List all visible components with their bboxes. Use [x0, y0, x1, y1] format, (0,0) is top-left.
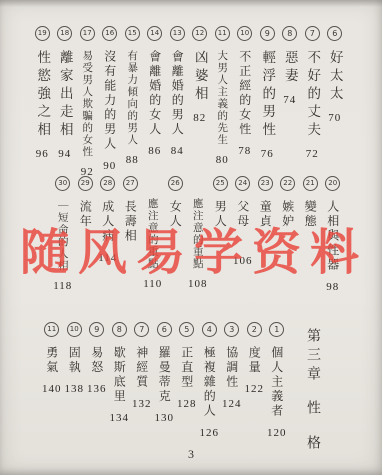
entry-number-badge: 9: [89, 322, 104, 337]
entry-page-number: 136: [87, 383, 107, 395]
entry-page-number: 98: [326, 281, 339, 293]
entry-number-badge: 20: [325, 176, 340, 191]
toc-entry-column: 16沒有能力的男人90: [99, 26, 122, 172]
entry-title: 歇斯底里: [108, 346, 130, 404]
entry-title: 有暴力傾向的男人: [121, 50, 143, 146]
toc-entry: 24父母106: [232, 176, 255, 267]
entry-number-badge: 26: [168, 176, 183, 191]
entry-title: 勇氣: [41, 346, 63, 375]
toc-entry-column: 22嫉妒: [277, 176, 300, 229]
chapter-title: 第三章: [301, 328, 325, 385]
toc-entry-column: 25男人: [209, 176, 232, 290]
toc-entry: 30｜短命的人相118: [52, 176, 75, 292]
entry-title: 大男人主義的先生: [211, 50, 233, 146]
toc-entry: 11勇氣140: [41, 322, 64, 395]
toc-entry: 20人相與性器98: [322, 176, 345, 293]
toc-entry-column: 27長壽相: [119, 176, 142, 244]
toc-entry: 27長壽相: [119, 176, 142, 244]
toc-entry: 18離家出走相94: [54, 26, 77, 160]
entry-page-number: 118: [53, 280, 72, 292]
toc-entry: 9易怒136: [86, 322, 109, 395]
entry-number-badge: 6: [327, 26, 342, 41]
entry-page-number: 128: [177, 398, 197, 410]
entry-number-badge: 22: [280, 176, 295, 191]
entry-page-number: 130: [155, 412, 175, 424]
entry-number-badge: 9: [260, 26, 275, 41]
toc-entry: 14會離婚的女人86: [144, 26, 167, 157]
entry-page-number: 140: [42, 383, 62, 395]
entry-title: 不好的丈夫: [301, 50, 323, 140]
toc-entry: 28成人病114: [97, 176, 120, 264]
toc-entry: 23童貞: [254, 176, 277, 229]
entry-title: 易受男人欺騙的女性: [76, 50, 98, 158]
toc-entry-column: 14會離婚的女人86: [144, 26, 167, 157]
entry-title: 人相與性器: [322, 200, 344, 273]
entry-page-number: 90: [103, 160, 116, 172]
toc-entry-column: 30｜短命的人相118: [52, 176, 75, 292]
toc-entry: 19性慾強之相96: [31, 26, 54, 160]
toc-entry: 26女人應注意的重點110: [142, 176, 187, 290]
entry-number-badge: 8: [112, 322, 127, 337]
toc-entry-continuation: 應注意的重點108: [187, 176, 210, 290]
entry-title: 會離婚的女人: [144, 50, 166, 137]
entry-number-badge: 27: [123, 176, 138, 191]
scanned-book-page: 6好太太707不好的丈夫728惡妻749輕浮的男性7610不正經的女性7811大…: [0, 0, 382, 475]
entry-page-number: 120: [267, 427, 287, 439]
entry-number-badge: 16: [102, 26, 117, 41]
entry-page-number: 74: [283, 94, 296, 106]
entry-number-badge: 15: [125, 26, 140, 41]
entry-title: 輕浮的男性: [256, 50, 278, 140]
toc-entry-column: 17易受男人欺騙的女性92: [76, 26, 99, 178]
entry-number-badge: 25: [213, 176, 228, 191]
toc-entry-column: 29流年: [74, 176, 97, 229]
entry-title: 固執: [63, 346, 85, 375]
entry-page-number: 138: [65, 383, 85, 395]
entry-title: 嫉妒: [277, 200, 299, 229]
toc-entry: 29流年: [74, 176, 97, 229]
entry-title: 惡妻: [279, 50, 301, 86]
entry-page-number: 122: [245, 383, 265, 395]
entry-title: 性慾強之相: [31, 50, 53, 140]
entry-title: 不正經的女性: [234, 50, 256, 137]
toc-entry-column: 18離家出走相94: [54, 26, 77, 160]
entry-title: 成人病: [97, 200, 119, 244]
entry-title: 凶婆相: [189, 50, 211, 104]
toc-entry-column: 12凶婆相82: [189, 26, 212, 124]
entry-title: 正直型: [176, 346, 198, 390]
entry-number-badge: 10: [67, 322, 82, 337]
entry-title: 易怒: [86, 346, 108, 375]
entry-number-badge: 28: [100, 176, 115, 191]
entry-page-number: 110: [143, 278, 162, 290]
entry-title: 羅曼蒂克: [153, 346, 175, 404]
entry-number-badge: 14: [147, 26, 162, 41]
toc-entry-column: 3協調性124: [221, 322, 244, 410]
entry-page-number: 76: [261, 148, 274, 160]
entry-title: 神經質: [131, 346, 153, 390]
entry-page-number: 82: [193, 112, 206, 124]
toc-entry: 22嫉妒: [277, 176, 300, 229]
badge-spacer: [146, 176, 159, 189]
entry-number-badge: 2: [247, 322, 262, 337]
entry-title: 沒有能力的男人: [99, 50, 121, 152]
entry-title: 長壽相: [119, 200, 141, 244]
toc-entry: 10不正經的女性78: [234, 26, 257, 157]
entry-title: 應注意的重點: [187, 198, 209, 270]
entry-number-badge: 11: [215, 26, 230, 41]
toc-entry-column: 2度量122: [243, 322, 266, 395]
entry-number-badge: 30: [55, 176, 70, 191]
entry-number-badge: 11: [44, 322, 59, 337]
entry-title: 個人主義者: [266, 346, 288, 419]
toc-entry-column: 11勇氣140: [41, 322, 64, 395]
toc-entry-column: 20人相與性器98: [322, 176, 345, 293]
entry-title: 極複雜的人: [198, 346, 220, 419]
entry-page-number: 124: [222, 398, 242, 410]
toc-entry-continuation: 應注意的重點110: [142, 176, 165, 290]
toc-entry: 1個人主義者120: [266, 322, 289, 439]
toc-entry: 6好太太70: [324, 26, 347, 124]
toc-entry: 3協調性124: [221, 322, 244, 410]
toc-entry-column: 28成人病114: [97, 176, 120, 264]
entry-page-number: 86: [148, 145, 161, 157]
entry-page-number: 72: [306, 148, 319, 160]
page-number: 3: [0, 447, 382, 462]
toc-entry-column: 9易怒136: [86, 322, 109, 395]
toc-entry: 4極複雜的人126: [198, 322, 221, 439]
entry-number-badge: 12: [192, 26, 207, 41]
toc-entry: 13會離婚的男人84: [166, 26, 189, 157]
entry-page-number: 94: [58, 148, 71, 160]
toc-entry-column: 6羅曼蒂克130: [153, 322, 176, 424]
entry-number-badge: 1: [269, 322, 284, 337]
entry-page-number: 114: [98, 252, 117, 264]
entry-title: 協調性: [221, 346, 243, 390]
badge-spacer: [191, 176, 204, 189]
toc-entry: 10固執138: [63, 322, 86, 395]
toc-entry-column: 23童貞: [254, 176, 277, 229]
toc-entry-column: 9輕浮的男性76: [256, 26, 279, 160]
toc-entry: 12凶婆相82: [189, 26, 212, 124]
toc-entry-column: 11大男人主義的先生80: [211, 26, 234, 166]
toc-entry: 25男人應注意的重點108: [187, 176, 232, 290]
entry-page-number: 70: [328, 112, 341, 124]
entry-page-number: 134: [110, 412, 130, 424]
entry-page-number: 96: [36, 148, 49, 160]
toc-entry-column: 8惡妻74: [279, 26, 302, 106]
entry-number-badge: 6: [157, 322, 172, 337]
entry-number-badge: 7: [305, 26, 320, 41]
entry-page-number: 108: [188, 278, 208, 290]
entry-title: 童貞: [254, 200, 276, 229]
toc-entry-column: 8歇斯底里134: [108, 322, 131, 424]
entry-title: 度量: [243, 346, 265, 375]
toc-row-1: 6好太太707不好的丈夫728惡妻749輕浮的男性7610不正經的女性7811大…: [31, 26, 346, 178]
toc-entry-column: 7不好的丈夫72: [301, 26, 324, 160]
entry-number-badge: 7: [134, 322, 149, 337]
entry-page-number: 84: [171, 145, 184, 157]
entry-number-badge: 29: [78, 176, 93, 191]
toc-entry-column: 10固執138: [63, 322, 86, 395]
entry-number-badge: 23: [258, 176, 273, 191]
entry-number-badge: 8: [282, 26, 297, 41]
toc-entry-column: 19性慾強之相96: [31, 26, 54, 160]
entry-title: 女人: [164, 200, 186, 229]
entry-number-badge: 18: [57, 26, 72, 41]
toc-entry-column: 1個人主義者120: [266, 322, 289, 439]
toc-entry: 5正直型128: [176, 322, 199, 410]
toc-entry-column: 26女人: [164, 176, 187, 290]
toc-entry: 7神經質132: [131, 322, 154, 410]
entry-number-badge: 19: [35, 26, 50, 41]
entry-number-badge: 17: [80, 26, 95, 41]
toc-entry: 6羅曼蒂克130: [153, 322, 176, 424]
toc-entry-column: 10不正經的女性78: [234, 26, 257, 157]
entry-title: 父母: [232, 200, 254, 229]
entry-title: 會離婚的男人: [166, 50, 188, 137]
entry-title: 應注意的重點: [142, 198, 164, 270]
entry-page-number: 126: [200, 427, 220, 439]
toc-entry: 15有暴力傾向的男人88: [121, 26, 144, 166]
toc-entry-column: 24父母106: [232, 176, 255, 267]
toc-entry: 17易受男人欺騙的女性92: [76, 26, 99, 178]
entry-title: ｜短命的人相: [52, 200, 74, 272]
toc-entry: 2度量122: [243, 322, 266, 395]
entry-page-number: 106: [233, 255, 253, 267]
toc-entry: 7不好的丈夫72: [301, 26, 324, 160]
entry-title: 離家出走相: [54, 50, 76, 140]
entry-title: 好太太: [324, 50, 346, 104]
entry-number-badge: 10: [237, 26, 252, 41]
entry-number-badge: 24: [235, 176, 250, 191]
entry-page-number: 80: [216, 154, 229, 166]
entry-page-number: 132: [132, 398, 152, 410]
toc-entry: 11大男人主義的先生80: [211, 26, 234, 166]
toc-entry: 9輕浮的男性76: [256, 26, 279, 160]
toc-entry: 8惡妻74: [279, 26, 302, 106]
toc-entry: 8歇斯底里134: [108, 322, 131, 424]
entry-title: 變態: [299, 200, 321, 229]
toc-row-2: 20人相與性器9821變態22嫉妒23童貞24父母10625男人應注意的重點10…: [52, 176, 345, 293]
toc-entry-column: 6好太太70: [324, 26, 347, 124]
toc-entry-column: 13會離婚的男人84: [166, 26, 189, 157]
entry-title: 男人: [209, 200, 231, 229]
toc-entry-column: 7神經質132: [131, 322, 154, 410]
toc-entry: 16沒有能力的男人90: [99, 26, 122, 172]
toc-entry-column: 15有暴力傾向的男人88: [121, 26, 144, 166]
entry-number-badge: 4: [202, 322, 217, 337]
entry-number-badge: 13: [170, 26, 185, 41]
entry-number-badge: 5: [179, 322, 194, 337]
toc-entry: 21變態: [299, 176, 322, 229]
entry-title: 流年: [74, 200, 96, 229]
entry-page-number: 78: [238, 145, 251, 157]
toc-entry-column: 21變態: [299, 176, 322, 229]
toc-entry-column: 4極複雜的人126: [198, 322, 221, 439]
toc-entry-column: 5正直型128: [176, 322, 199, 410]
entry-page-number: 88: [126, 154, 139, 166]
entry-number-badge: 21: [303, 176, 318, 191]
entry-number-badge: 3: [224, 322, 239, 337]
